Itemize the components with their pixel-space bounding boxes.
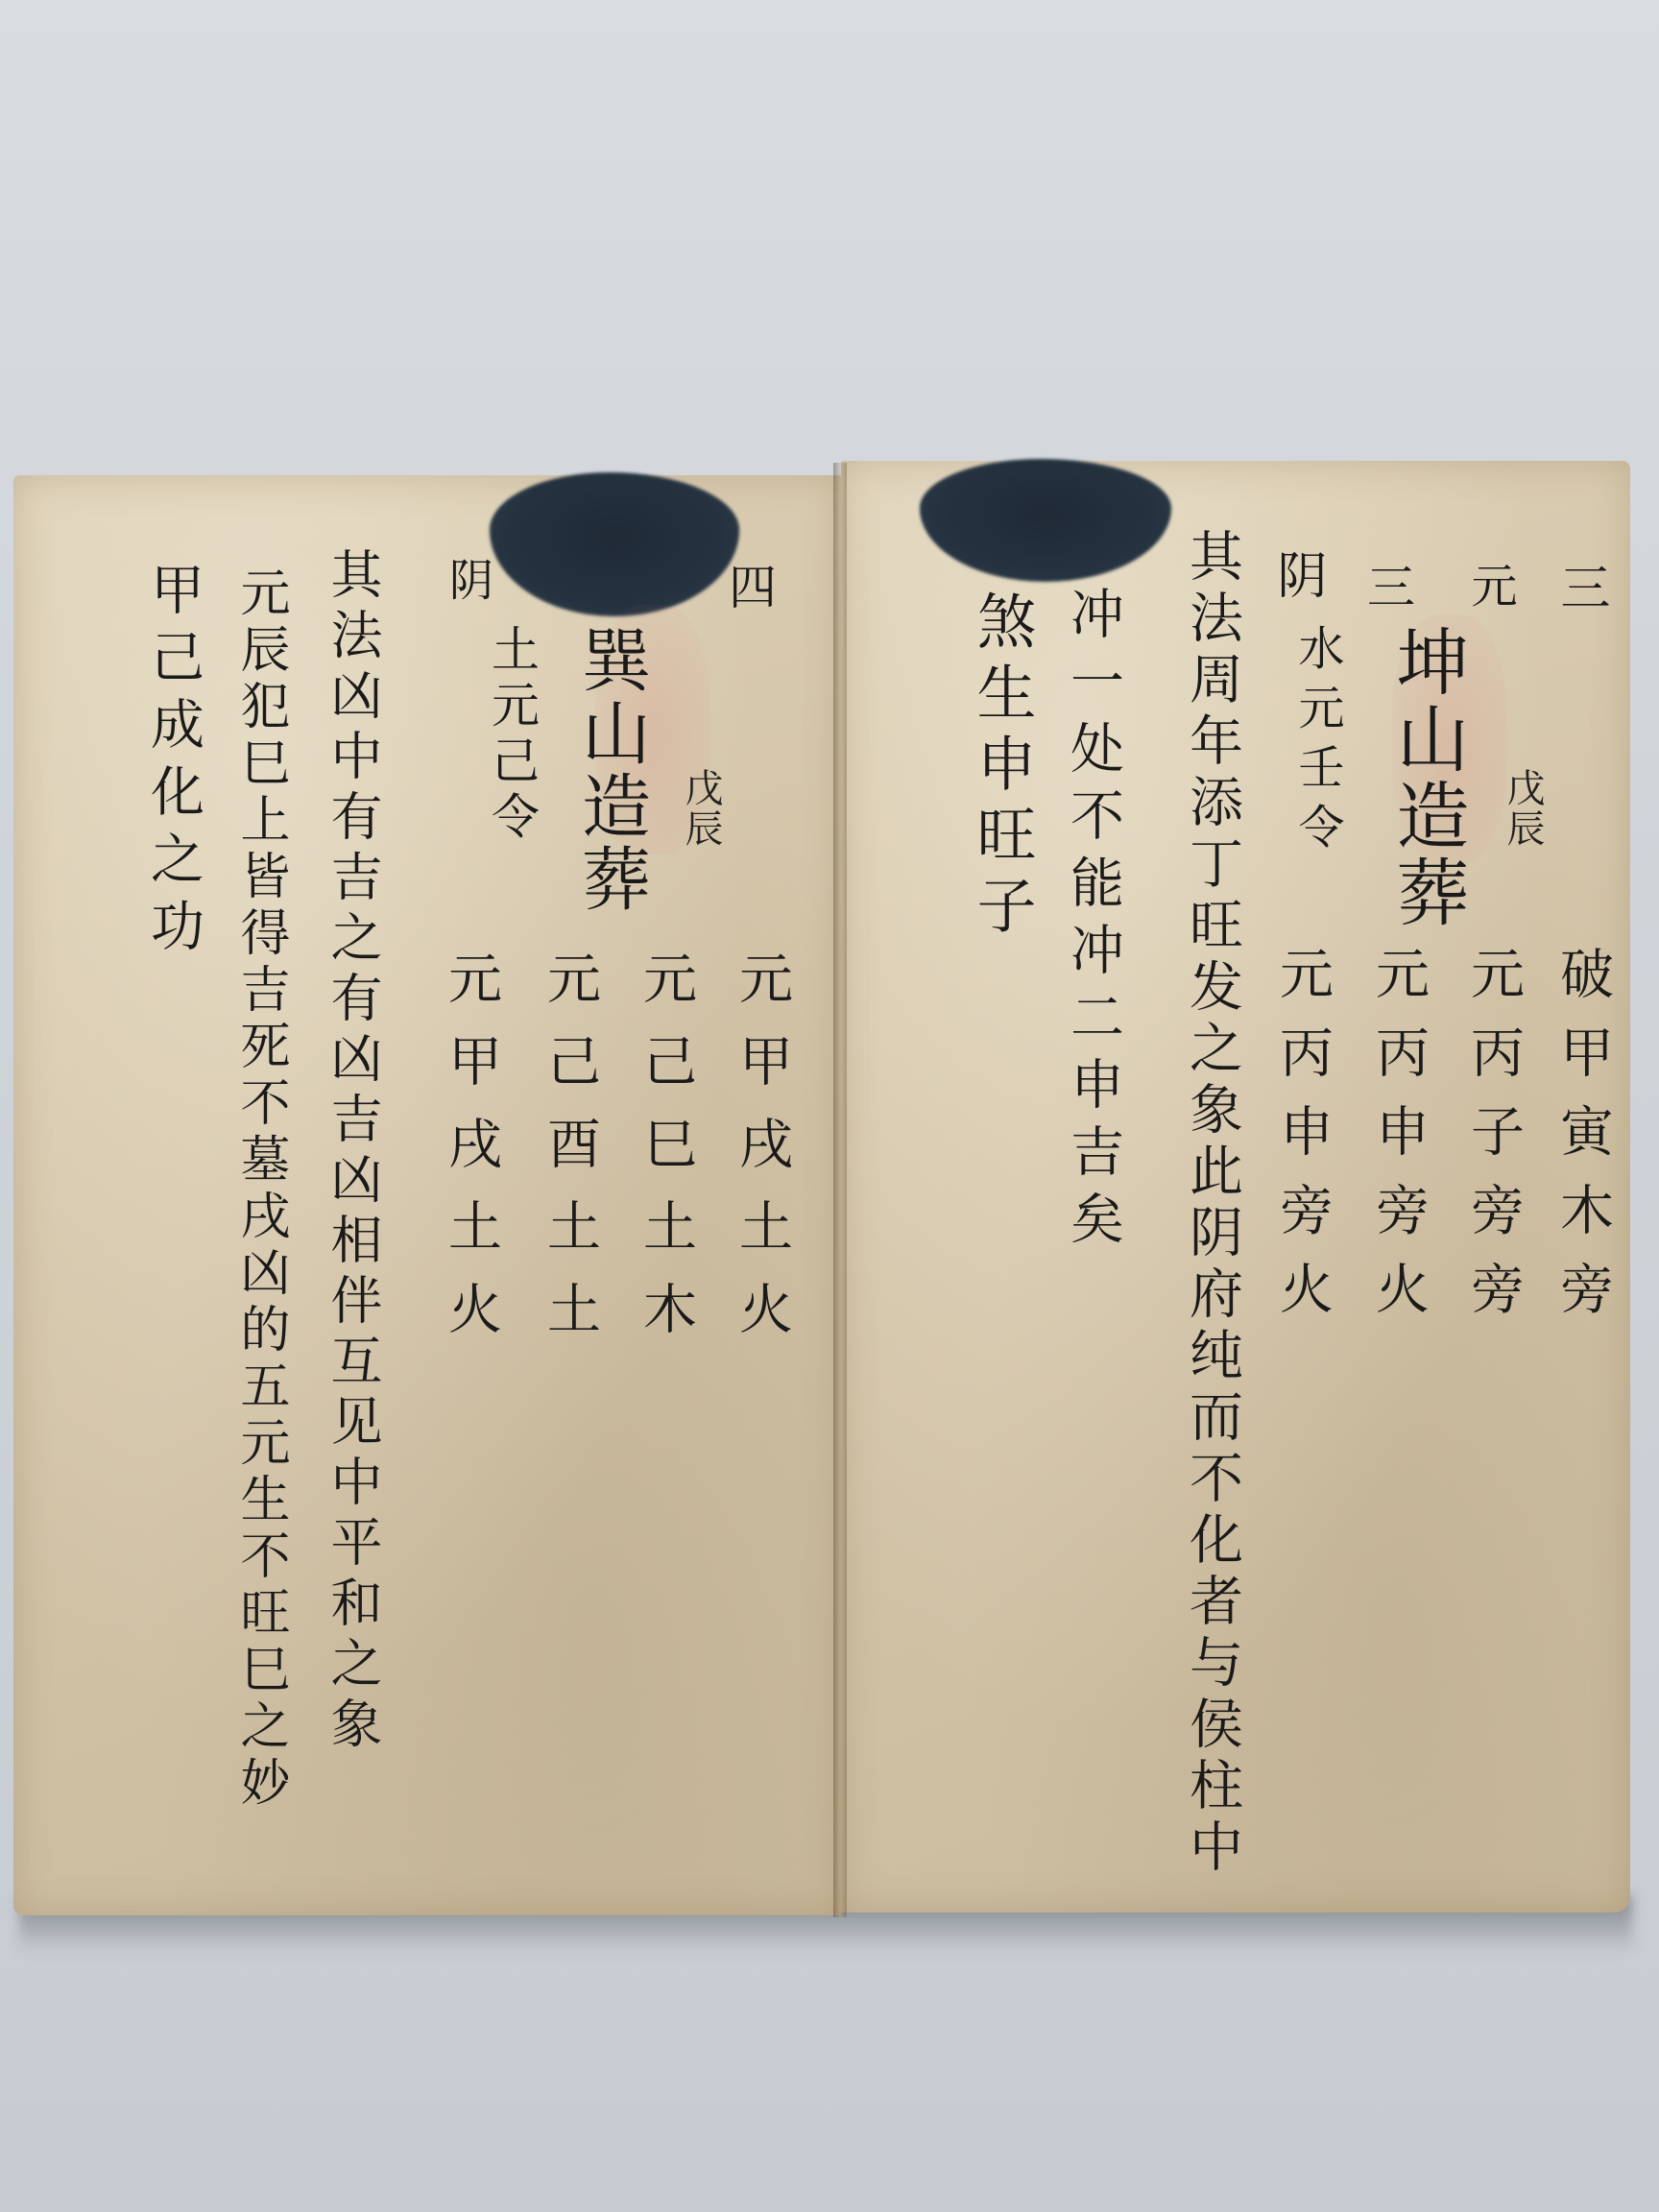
section-number-3: 三 <box>1555 562 1605 621</box>
section-number-4: 四 <box>725 562 773 619</box>
earth-yuan-ji-ling: 土元己令 <box>488 624 536 847</box>
heading-kun-mountain-burial: 坤山造葬 <box>1390 624 1463 931</box>
commentary-right-main: 其法周年添丁旺发之象此阴府纯而不化者与侯柱中 <box>1185 528 1238 1880</box>
commentary-right-second: 冲一处不能冲二申吉矣 <box>1066 586 1119 1258</box>
yin-label-right: 阴 <box>1272 549 1322 609</box>
water-yuan-ren-ling: 水元壬令 <box>1294 624 1340 862</box>
yin-label-left: 阴 <box>446 557 491 611</box>
commentary-left-main: 其法凶中有吉之有凶吉凶相伴互见中平和之象 <box>326 547 378 1757</box>
commentary-right-third: 煞生申旺子 <box>972 590 1031 946</box>
pillar-day-right: 元丙申旁火 <box>1371 946 1425 1339</box>
commentary-left-second: 元辰犯巳上皆得吉死不墓戌凶的五元生不旺巳之妙 <box>235 566 285 1813</box>
heading-xun-mountain-burial: 巽山造葬 <box>576 624 645 916</box>
pillar-month-right: 元丙子旁旁 <box>1466 946 1520 1339</box>
commentary-left-third: 甲己成化之功 <box>146 562 200 965</box>
heading-note-wuchen-left: 戊辰 <box>682 768 720 849</box>
pillar-year-left: 元甲戌土火 <box>734 950 788 1363</box>
pillar-year-right: 破甲寅木旁 <box>1555 946 1609 1339</box>
pillar-month-left: 元己巳土木 <box>638 950 692 1363</box>
pillar-hour-left: 元甲戌土火 <box>444 950 497 1363</box>
yuan-label: 元 <box>1467 562 1513 617</box>
sanyuan-label: 三 <box>1363 562 1411 619</box>
heading-note-wuchen: 戊辰 <box>1503 768 1542 849</box>
left-page <box>13 475 841 1915</box>
book-spine <box>833 463 847 1917</box>
pillar-hour-right: 元丙申旁火 <box>1275 946 1329 1339</box>
pillar-day-left: 元己酉土土 <box>542 950 596 1363</box>
